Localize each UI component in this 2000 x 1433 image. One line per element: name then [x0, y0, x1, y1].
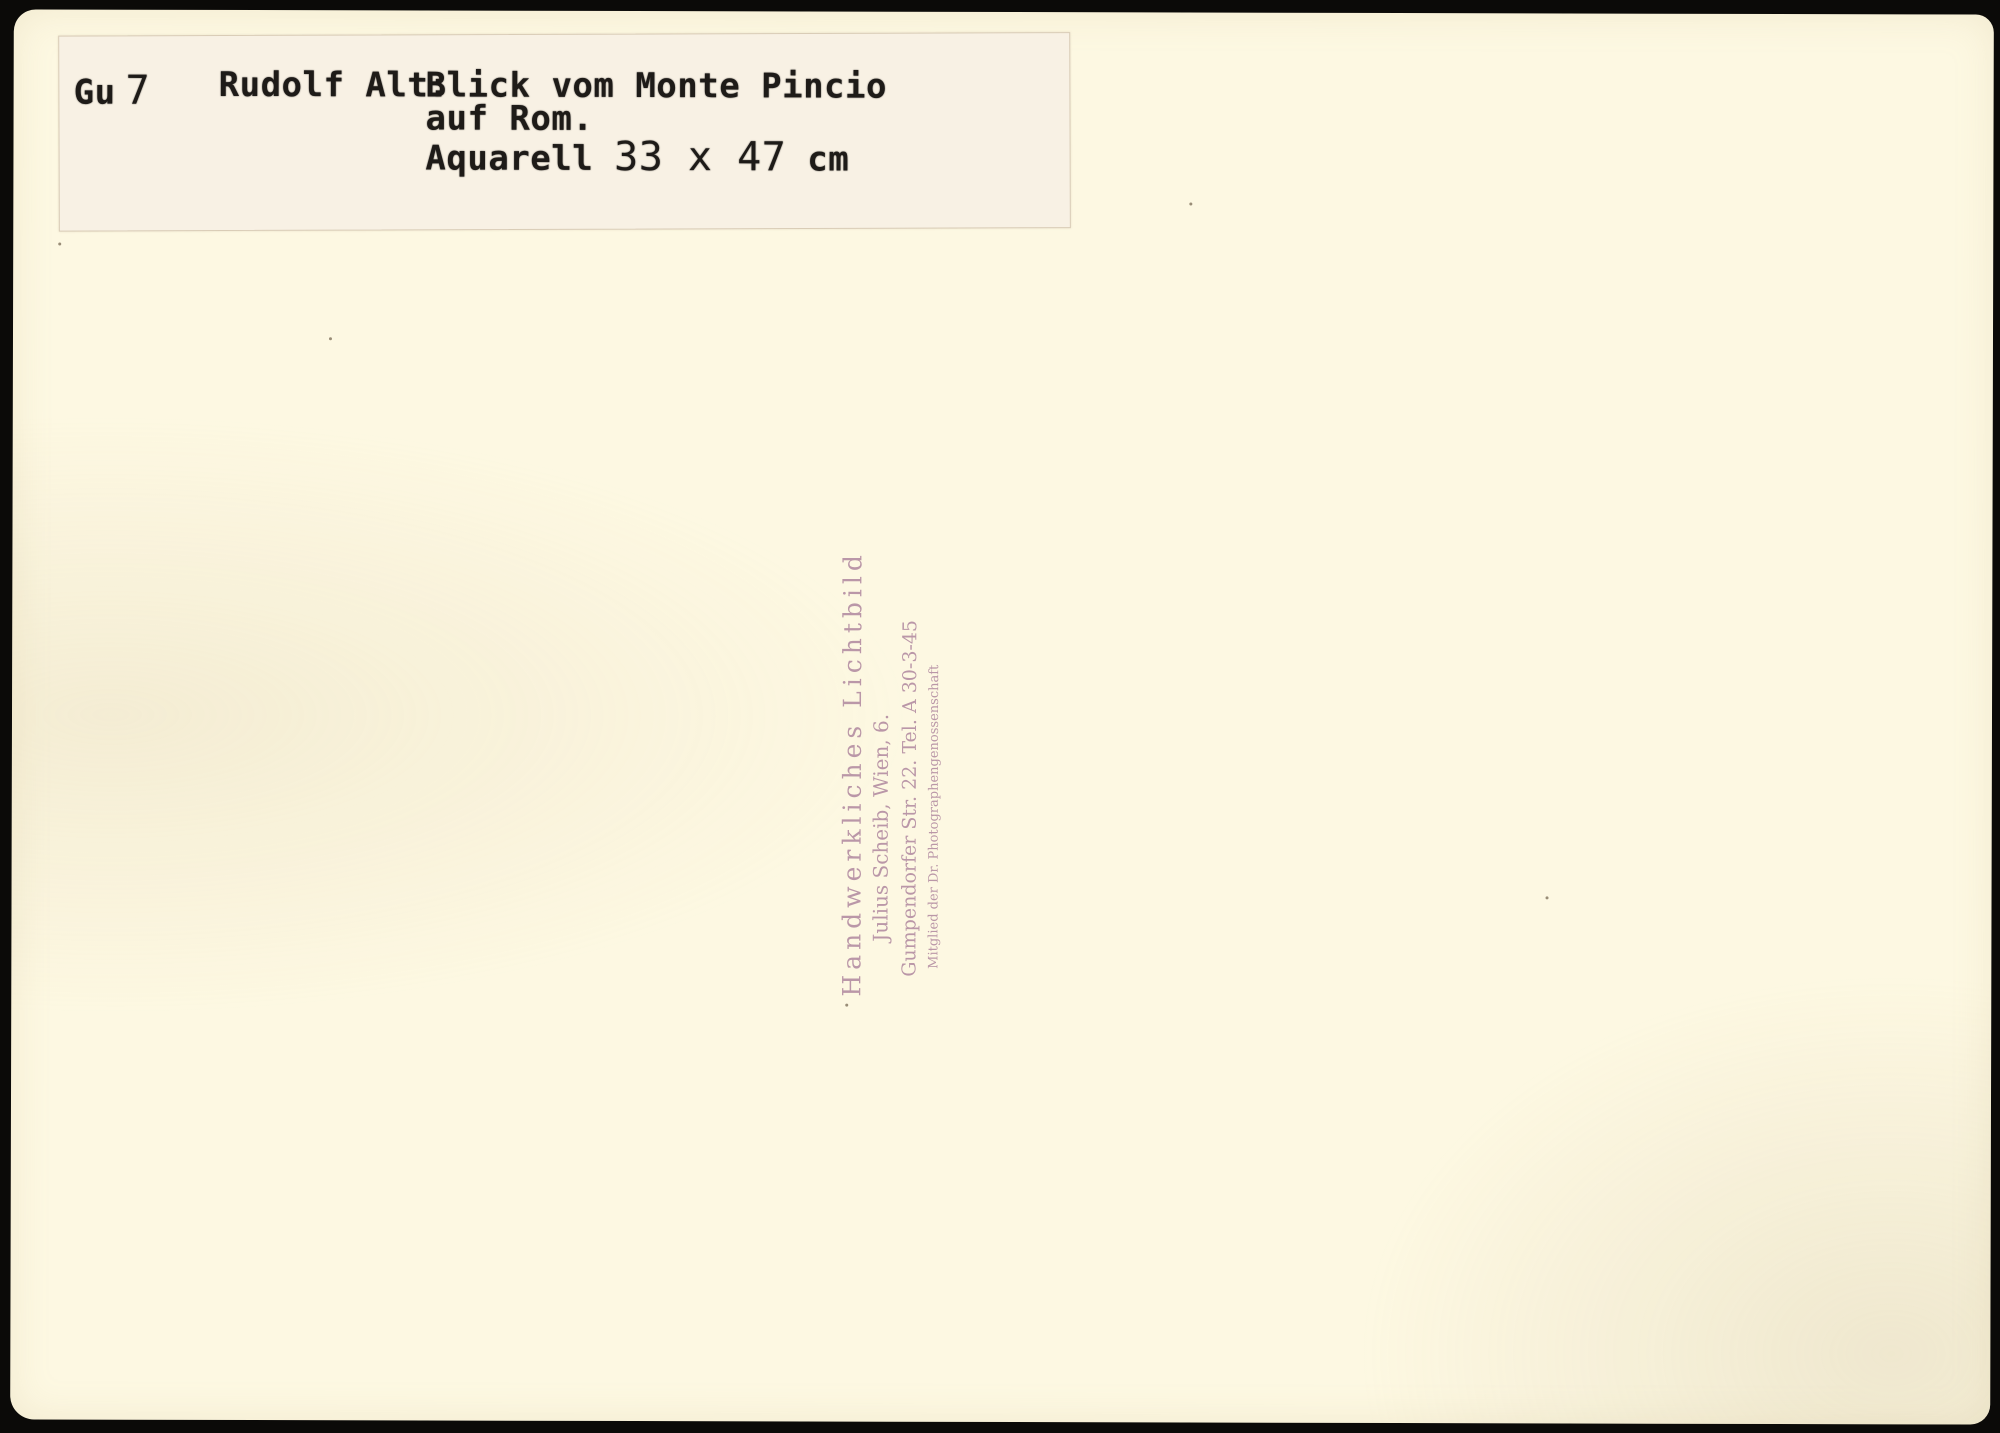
photographer-stamp: Handwerkliches Lichtbild Julius Scheib, … — [837, 557, 945, 997]
catalog-number-value: 7 — [126, 68, 151, 114]
photo-card-back: Gu7 Rudolf Alt: Blick vom Monte Pincio a… — [10, 9, 1994, 1424]
paper-speck — [58, 243, 61, 246]
paper-speck — [329, 337, 332, 340]
paper-speck — [845, 1004, 848, 1007]
catalog-number: Gu7 — [74, 68, 151, 114]
paper-speck — [1189, 202, 1192, 205]
stamp-line-4: Mitglied der Dr. Photographengenossensch… — [924, 557, 945, 997]
stamp-line-2: Julius Scheib, Wien, 6. — [866, 557, 896, 997]
stamp-line-3: Gumpendorfer Str. 22. Tel. A 30-3-45 — [895, 557, 925, 997]
stamp-line-1: Handwerkliches Lichtbild — [837, 557, 867, 997]
artwork-medium: Aquarell — [425, 138, 593, 178]
dimensions-unit: cm — [807, 139, 849, 179]
paper-speck — [1546, 896, 1549, 899]
artwork-dimensions: 33 x 47 — [614, 134, 786, 180]
artwork-medium-dimensions: Aquarell 33 x 47 cm — [425, 133, 849, 180]
artist-name: Rudolf Alt: — [219, 65, 450, 106]
catalog-prefix: Gu — [74, 73, 116, 113]
